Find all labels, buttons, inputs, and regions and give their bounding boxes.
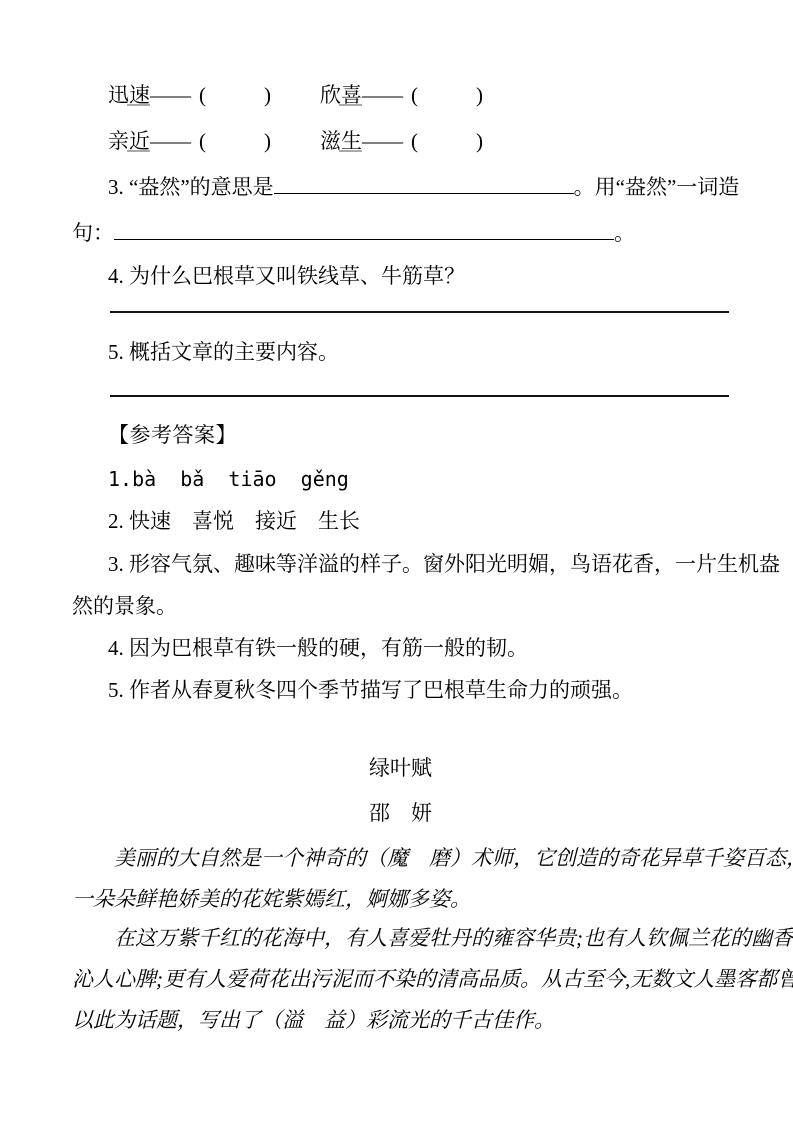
close-paren: ) xyxy=(476,83,483,107)
answer-5-text: 5. 作者从春夏秋冬四个季节描写了巴根草生命力的顽强。 xyxy=(108,678,633,702)
question-3-line-2: 句：。 xyxy=(72,219,729,264)
essay-paragraph-text: 美丽的大自然是一个神奇的（魔 磨）术师，它创造的奇花异草千姿百态， xyxy=(114,846,793,870)
question-3-line-1: 3. “盎然”的意思是。用“盎然”一词造 xyxy=(72,173,729,219)
answer-3-line-2: 然的景象。 xyxy=(72,594,729,636)
answer-5: 5. 作者从春夏秋冬四个季节描写了巴根草生命力的顽强。 xyxy=(72,678,729,756)
word-pair-xinxi: 欣喜——() xyxy=(320,83,532,129)
essay-paragraph-1-line-2: 一朵朵鲜艳娇美的花姹紫嫣红，婀娜多姿。 xyxy=(72,887,729,926)
reference-answers-heading: 【参考答案】 xyxy=(72,423,729,467)
word-pair-xunsu: 迅速——() xyxy=(108,83,320,129)
word-pair-row-2: 亲近——() 滋生——() xyxy=(72,129,729,173)
long-dash: —— xyxy=(362,83,402,107)
answer-4-text: 4. 因为巴根草有铁一般的硬，有筋一般的韧。 xyxy=(108,636,528,660)
essay-paragraph-2-line-3: 以此为话题，写出了（溢 益）彩流光的千古佳作。 xyxy=(72,1008,729,1049)
answer-2-text: 2. 快速 喜悦 接近 生长 xyxy=(108,509,360,533)
long-dash: —— xyxy=(150,83,190,107)
answer-2: 2. 快速 喜悦 接近 生长 xyxy=(72,509,729,552)
word-pair-word: 亲近 xyxy=(108,129,150,153)
essay-title: 绿叶赋 xyxy=(72,756,729,801)
essay-title-text: 绿叶赋 xyxy=(369,756,432,780)
answer-3-text-line-1: 3. 形容气氛、趣味等洋溢的样子。窗外阳光明媚，鸟语花香，一片生机盎 xyxy=(108,552,780,576)
answer-blank-line-1 xyxy=(110,311,729,340)
question-3-suffix: 。用“盎然”一词造 xyxy=(574,175,740,199)
essay-paragraph-text: 一朵朵鲜艳娇美的花姹紫嫣红，婀娜多姿。 xyxy=(72,887,471,911)
answer-3-line-1: 3. 形容气氛、趣味等洋溢的样子。窗外阳光明媚，鸟语花香，一片生机盎 xyxy=(72,552,729,594)
reference-answers-heading-text: 【参考答案】 xyxy=(108,423,237,447)
word-pair-row-1: 迅速——() 欣喜——() xyxy=(72,83,729,129)
essay-paragraph-text: 沁人心脾;更有人爱荷花出污泥而不染的清高品质。从古至今,无数文人墨客都曾 xyxy=(72,967,793,991)
open-paren: ( xyxy=(411,129,418,153)
long-dash: —— xyxy=(150,129,190,153)
close-paren: ) xyxy=(264,83,271,107)
essay-author: 邵 妍 xyxy=(72,801,729,846)
answer-1: 1.bà bǎ tiāo gěng xyxy=(72,467,729,509)
long-dash: —— xyxy=(362,129,402,153)
essay-author-text: 邵 妍 xyxy=(369,801,432,825)
close-paren: ) xyxy=(476,129,483,153)
word-pair-word: 迅速 xyxy=(108,83,150,107)
question-3-line2-suffix: 。 xyxy=(614,221,635,245)
fill-in-blank xyxy=(114,219,614,240)
question-3-prefix: 3. “盎然”的意思是 xyxy=(108,175,274,199)
open-paren: ( xyxy=(199,129,206,153)
word-pair-qinjin: 亲近——() xyxy=(108,129,320,173)
essay-paragraph-1-line-1: 美丽的大自然是一个神奇的（魔 磨）术师，它创造的奇花异草千姿百态， xyxy=(72,846,729,887)
question-5: 5. 概括文章的主要内容。 xyxy=(72,340,729,395)
open-paren: ( xyxy=(199,83,206,107)
essay-paragraph-text: 在这万紫千红的花海中，有人喜爱牡丹的雍容华贵;也有人钦佩兰花的幽香 xyxy=(114,926,793,950)
question-3-line2-prefix: 句： xyxy=(72,221,114,245)
question-4: 4. 为什么巴根草又叫铁线草、牛筋草？ xyxy=(72,264,729,311)
word-pair-word: 欣喜 xyxy=(320,83,362,107)
open-paren: ( xyxy=(411,83,418,107)
answer-blank-line-2 xyxy=(110,395,729,423)
word-pair-zisheng: 滋生——() xyxy=(320,129,532,173)
answer-4: 4. 因为巴根草有铁一般的硬，有筋一般的韧。 xyxy=(72,636,729,678)
close-paren: ) xyxy=(264,129,271,153)
question-5-text: 5. 概括文章的主要内容。 xyxy=(108,340,339,364)
answer-1-pinyin: 1.bà bǎ tiāo gěng xyxy=(108,467,349,491)
answer-3-text-line-2: 然的景象。 xyxy=(72,594,177,618)
word-pair-word: 滋生 xyxy=(320,129,362,153)
worksheet-page: 迅速——() 欣喜——() 亲近——() 滋生——() 3. “盎然”的意思是。… xyxy=(0,0,793,1122)
essay-paragraph-2-line-1: 在这万紫千红的花海中，有人喜爱牡丹的雍容华贵;也有人钦佩兰花的幽香 xyxy=(72,926,729,967)
essay-paragraph-2-line-2: 沁人心脾;更有人爱荷花出污泥而不染的清高品质。从古至今,无数文人墨客都曾 xyxy=(72,967,729,1008)
question-4-text: 4. 为什么巴根草又叫铁线草、牛筋草？ xyxy=(108,264,465,288)
fill-in-blank xyxy=(274,173,574,194)
essay-paragraph-text: 以此为话题，写出了（溢 益）彩流光的千古佳作。 xyxy=(72,1008,555,1032)
